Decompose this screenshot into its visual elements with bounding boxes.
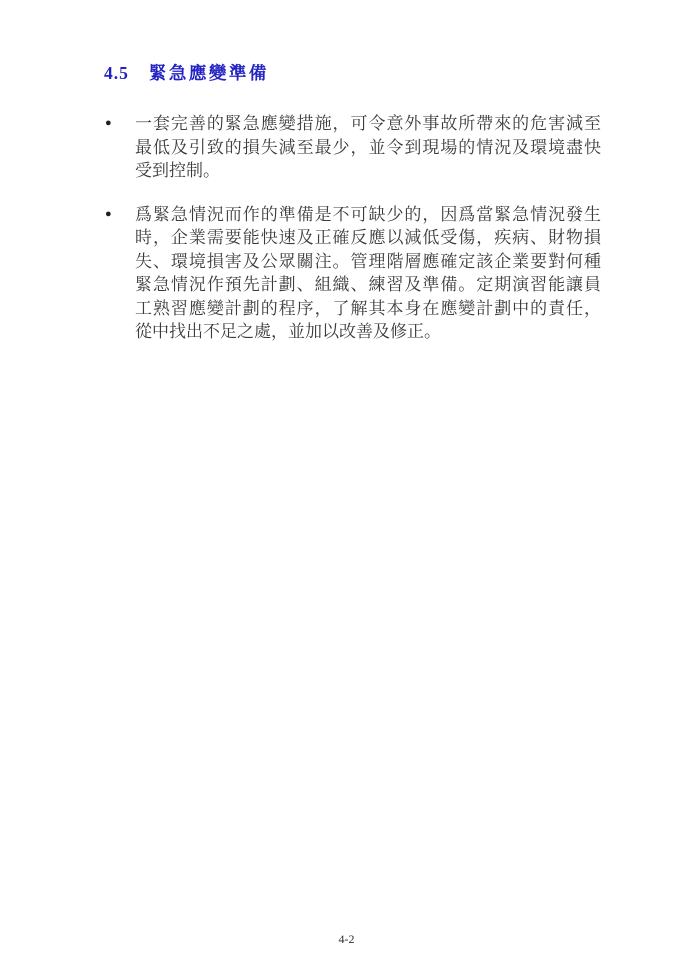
paragraph-line: 工熟習應變計劃的程序，了解其本身在應變計劃中的責任， (135, 297, 601, 321)
document-page: 4.5緊急應變準備 ● 一套完善的緊急應變措施，可令意外事故所帶來的危害減至 最… (0, 0, 693, 980)
paragraph-line: 時，企業需要能快速及正確反應以減低受傷，疾病、財物損 (135, 226, 601, 250)
page-content: 4.5緊急應變準備 ● 一套完善的緊急應變措施，可令意外事故所帶來的危害減至 最… (104, 62, 601, 364)
paragraph-line: 爲緊急情況而作的準備是不可缺少的，因爲當緊急情況發生 (135, 203, 601, 227)
bullet-text: 一套完善的緊急應變措施，可令意外事故所帶來的危害減至 最低及引致的損失減至最少，… (135, 112, 601, 183)
paragraph-line: 從中找出不足之處，並加以改善及修正。 (135, 320, 601, 344)
section-number: 4.5 (104, 62, 129, 84)
bullet-icon: ● (104, 112, 135, 183)
paragraph-line: 緊急情況作預先計劃、組織、練習及準備。定期演習能讓員 (135, 273, 601, 297)
paragraph-line: 失、環境損害及公眾關注。管理階層應確定該企業要對何種 (135, 250, 601, 274)
bullet-text: 爲緊急情況而作的準備是不可缺少的，因爲當緊急情況發生 時，企業需要能快速及正確反… (135, 203, 601, 344)
section-heading: 4.5緊急應變準備 (104, 62, 601, 84)
section-title: 緊急應變準備 (149, 62, 269, 84)
bullet-item: ● 一套完善的緊急應變措施，可令意外事故所帶來的危害減至 最低及引致的損失減至最… (104, 112, 601, 183)
page-number: 4-2 (0, 932, 693, 947)
bullet-icon: ● (104, 203, 135, 344)
paragraph-line: 一套完善的緊急應變措施，可令意外事故所帶來的危害減至 (135, 112, 601, 136)
paragraph-line: 受到控制。 (135, 159, 601, 183)
paragraph-line: 最低及引致的損失減至最少，並令到現場的情況及環境盡快 (135, 136, 601, 160)
bullet-item: ● 爲緊急情況而作的準備是不可缺少的，因爲當緊急情況發生 時，企業需要能快速及正… (104, 203, 601, 344)
